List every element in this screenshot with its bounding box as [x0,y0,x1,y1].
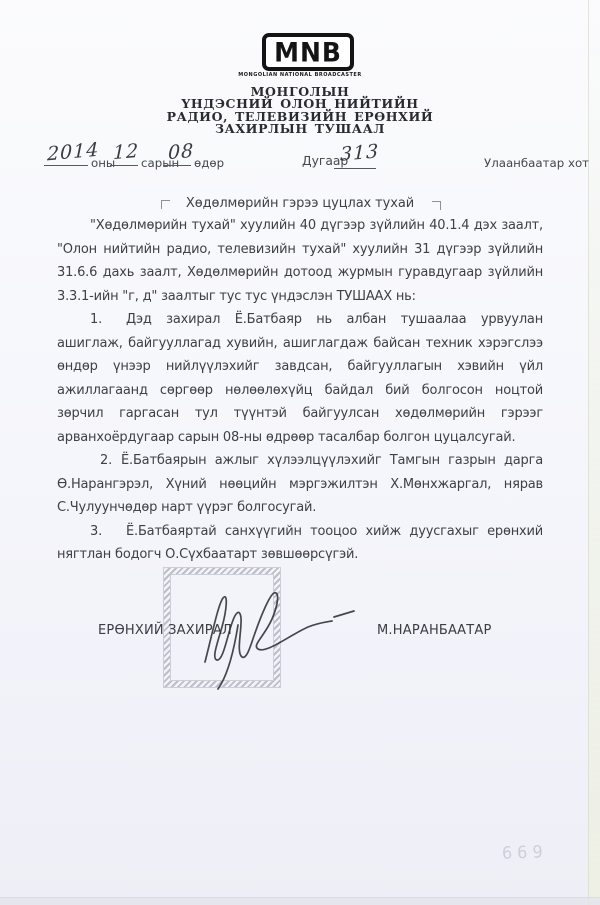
signer-name: М.НАРАНБААТАР [377,623,492,638]
number-underline [334,168,376,169]
order-item-3-number: 3. [90,524,102,539]
day-label: өдөр [194,156,224,170]
mnb-logo-text: MNB [274,39,342,65]
year-underline [44,165,88,166]
scan-edge-right [588,0,600,905]
scanned-document-page: MNB MONGOLIAN NATIONAL BROADCASTER МОНГО… [0,0,600,905]
document-title: Хөдөлмөрийн гэрээ цуцлах тухай [0,196,600,211]
order-item-3-text: Ё.Батбаяртай санхүүгийн тооцоо хийж дуус… [57,524,543,563]
signature-scribble [160,565,360,695]
handwritten-day: 08 [168,140,194,164]
order-item-1-number: 1. [90,312,102,327]
intro-paragraph: "Хөдөлмөрийн тухай" хуулийн 40 дүгээр зү… [57,214,543,308]
org-header: МОНГОЛЫН ҮНДЭСНИЙ ОЛОН НИЙТИЙН РАДИО, ТЕ… [0,86,600,135]
order-item-3: 3.Ё.Батбаяртай санхүүгийн тооцоо хийж ду… [57,520,543,567]
order-item-2-number: 2. [100,453,112,468]
mnb-logo-tagline: MONGOLIAN NATIONAL BROADCASTER [238,72,361,78]
day-underline [163,165,191,166]
month-underline [110,165,138,166]
mnb-logo: MNB [262,33,354,71]
faint-bleedthrough-number: 669 [502,842,548,864]
corner-mark-right-icon [432,201,441,210]
corner-mark-left-icon [161,200,170,209]
order-item-1-text: Дэд захирал Ё.Батбаяр нь албан тушаалаа … [57,312,543,445]
order-item-2-text: Ё.Батбаярын ажлыг хүлээлцүүлэхийг Тамгын… [57,453,543,515]
scan-edge-bottom [0,897,600,905]
order-item-2: 2.Ё.Батбаярын ажлыг хүлээлцүүлэхийг Тамг… [57,449,543,520]
document-body: "Хөдөлмөрийн тухай" хуулийн 40 дүгээр зү… [57,214,543,567]
city-label: Улаанбаатар хот [484,156,589,170]
year-label: оны [91,156,115,170]
handwritten-month: 12 [113,140,139,164]
handwritten-number: 313 [340,140,380,166]
org-header-line-4: ЗАХИРЛЫН ТУШААЛ [0,123,600,135]
order-item-1: 1.Дэд захирал Ё.Батбаяр нь албан тушаала… [57,308,543,449]
